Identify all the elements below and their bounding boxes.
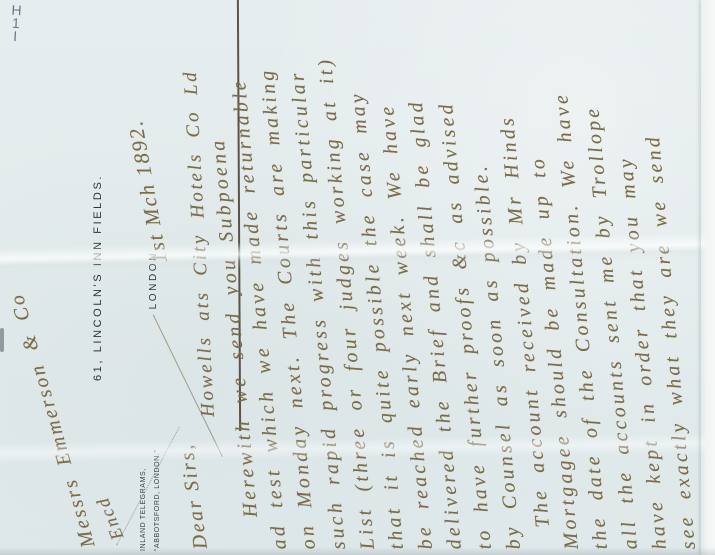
telegraphic-address-label: INLAND TELEGRAMS, — [140, 401, 147, 551]
pencil-reference-mark: H1I — [7, 2, 25, 42]
scanned-letter-page: 61, LINCOLN'S INN FIELDS. LONDON. INLAND… — [0, 0, 715, 555]
recipient-name: Messrs Emmerson & Co — [6, 290, 101, 550]
telegraphic-address-value: “ABBOTSFORD, LONDON.” — [154, 401, 161, 551]
scan-edge-shadow — [0, 547, 715, 555]
letterhead-address: 61, LINCOLN'S INN FIELDS. — [92, 0, 104, 555]
case-heading: Howells ats City Hotels Co Ld — [180, 69, 220, 418]
binding-shadow — [0, 328, 4, 352]
paper-edge — [701, 0, 715, 555]
letter-rotated-plane: 61, LINCOLN'S INN FIELDS. LONDON. INLAND… — [0, 0, 715, 555]
letter-date: 1st Mch 1892. — [123, 117, 173, 265]
salutation: Dear Sirs, — [175, 441, 213, 550]
